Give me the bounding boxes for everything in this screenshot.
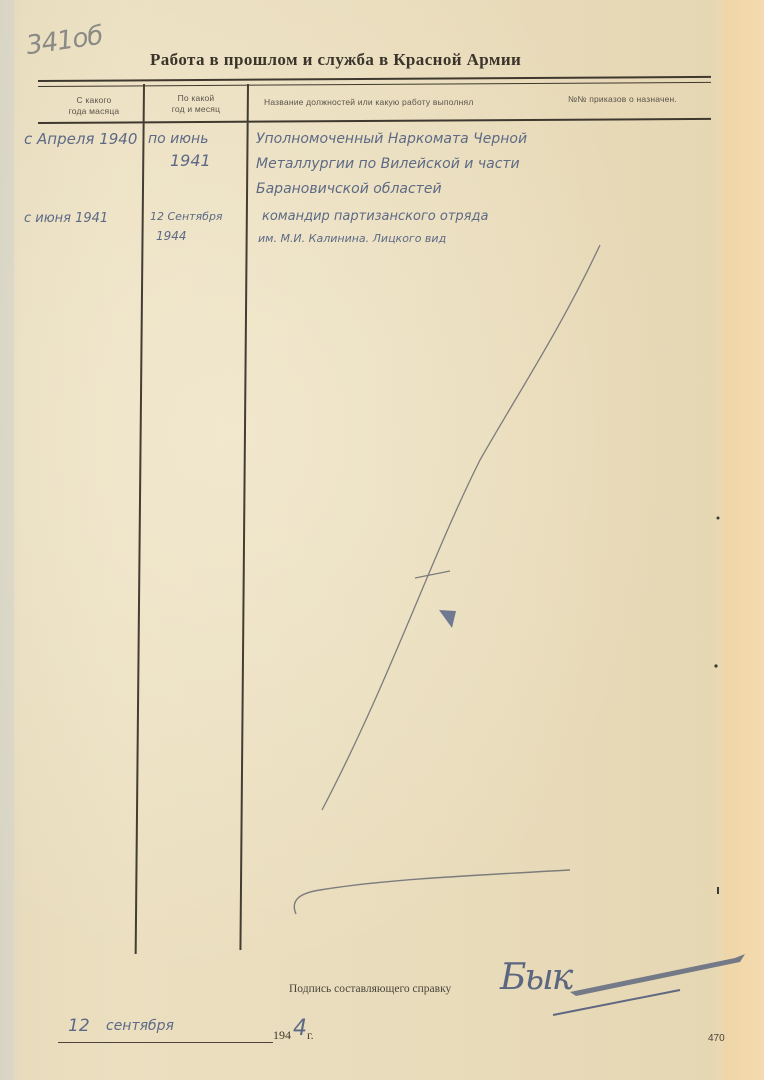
date-underline [58,1042,273,1043]
page-number: 470 [708,1033,725,1044]
date-month: сентября [106,1018,174,1034]
row1-to-line2: 1941 [170,150,211,172]
row1-position-line1: Уполномоченный Наркомата Черной [256,128,527,150]
header-col-from-line2: года масяца [50,106,138,117]
signature-label: Подпись составляющего справку [289,983,451,995]
header-col-to-line1: По какой [150,93,242,104]
row1-to-line1: по июнь [148,128,208,150]
row1-from: с Апреля 1940 [24,128,137,150]
row1-position-line2: Металлургии по Вилейской и части [256,153,520,175]
header-col-from-line1: С какого [50,95,138,106]
header-col-order: №№ приказов о назначен. [568,94,718,105]
row2-to-line2: 1944 [156,225,187,247]
date-day: 12 [68,1016,90,1036]
date-year-digit: 4 [293,1016,307,1041]
header-col-to-line2: год и месяц [150,104,242,115]
left-edge-strip [0,0,14,1080]
date-line: 12 сентября 194 4 г. [58,1018,318,1042]
row1-position-line3: Барановичской областей [256,178,442,200]
signature: Бык [500,957,571,998]
date-year-prefix: 194 [273,1028,291,1043]
header-col-to: По какой год и месяц [150,93,242,115]
header-col-from: С какого года масяца [50,95,138,117]
right-edge-strip [724,0,764,1080]
row2-from: с июня 1941 [24,208,108,230]
date-year-suffix: г. [307,1028,314,1043]
page-title: Работа в прошлом и служба в Красной Арми… [150,50,521,70]
row2-position-line1: командир партизанского отряда [262,206,488,228]
header-col-position: Название должностей или какую работу вып… [264,97,554,108]
row2-position-line2: им. М.И. Калинина. Лицкого вид [258,228,446,250]
